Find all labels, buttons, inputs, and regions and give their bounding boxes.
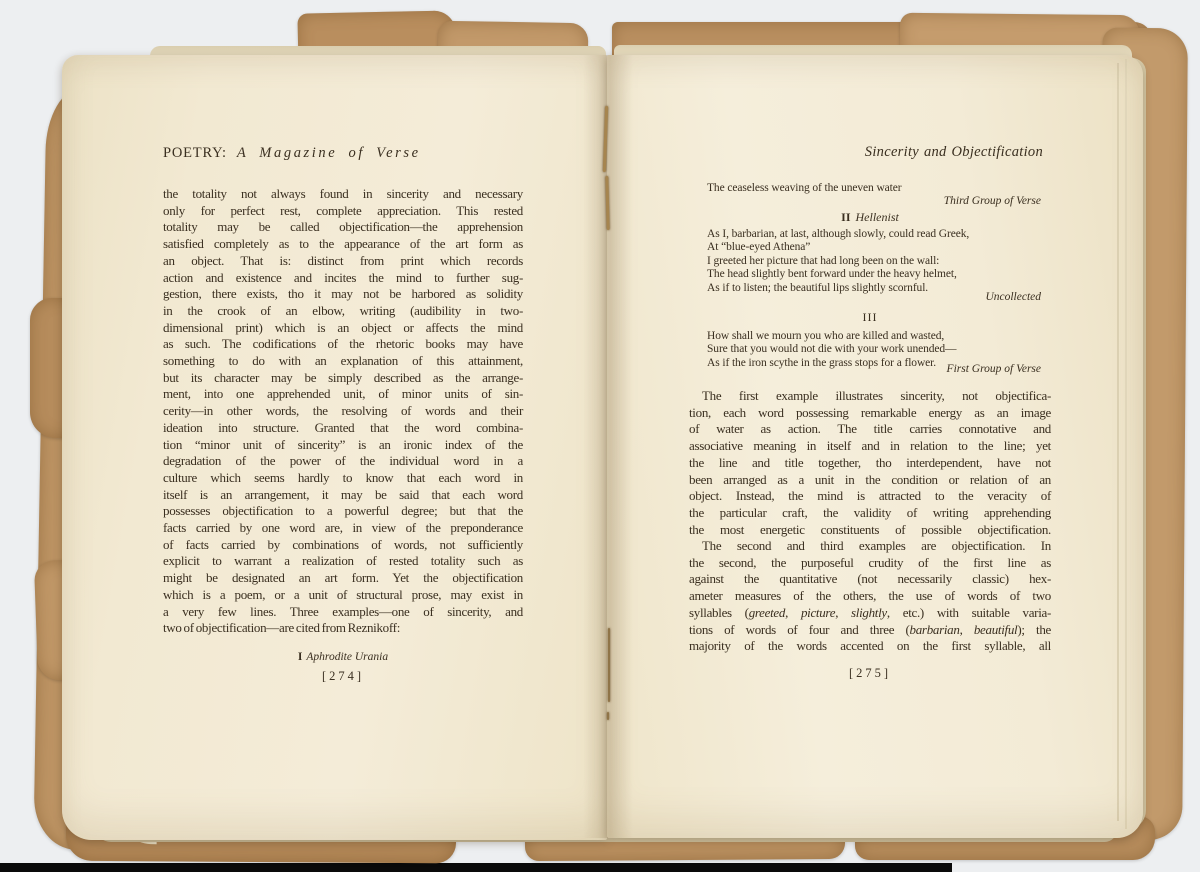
text-line: totality may be called objectification—t… [163,219,523,236]
italic-text-segment: picture [801,605,835,620]
poem-three-numeral: III [863,310,878,324]
text-line: gestion, there exists, tho it may not be… [163,286,523,303]
text-segment: , [785,605,801,620]
text-segment: , [960,622,974,637]
poem-one-numeral: I [298,651,302,663]
text-line: The first example illustrates sincerity,… [689,388,1051,405]
text-line: of water as action. The title carries co… [689,421,1051,438]
left-body-text: the totality not always found in sinceri… [163,186,523,637]
poem-one-caption: IAphrodite Urania [163,651,523,663]
text-line: something to do with an explanation of t… [163,353,523,370]
text-line: two of objectification—are cited from Re… [163,620,523,637]
poem-three-attribution: First Group of Verse [689,363,1041,375]
text-line: tions of words of four and three (barbar… [689,622,1051,639]
poem-two-title: Hellenist [856,210,899,224]
text-line: associative meaning in itself and in rel… [689,438,1051,455]
text-line: ameter measures of the others, the use o… [689,588,1051,605]
page-edge-line-2 [1117,63,1119,821]
poem-one-title: Aphrodite Urania [306,651,388,663]
text-line: majority of the words accented on the fi… [689,638,1051,655]
text-line: Sure that you would not die with your wo… [707,343,1047,356]
scan-edge-bar [0,863,952,872]
text-line: ideation into structure. Granted that th… [163,420,523,437]
text-line: the totality not always found in sinceri… [163,186,523,203]
text-line: syllables (greeted, picture, slightly, e… [689,605,1051,622]
text-line: facts carried by one word are, in view o… [163,520,523,537]
text-line: The second and third examples are object… [689,538,1051,555]
text-line: against the quantitative (not necessaril… [689,571,1051,588]
text-line: of facts carried by combinations of word… [163,537,523,554]
folio-right: [275] [689,666,1051,681]
text-segment: , etc.) with suitable varia- [887,605,1051,620]
text-segment: , [835,605,851,620]
text-line: the particular craft, the validity of wr… [689,505,1051,522]
commentary-paragraph-1: The first example illustrates sincerity,… [689,388,1051,538]
text-line: been arranged as a unit in the condition… [689,472,1051,489]
running-head-right: Sincerity and Objectification [685,144,1043,161]
poem-two-attribution: Uncollected [689,291,1041,303]
text-line: the line and title together, tho interde… [689,455,1051,472]
text-line: culture which seems hardly to know that … [163,470,523,487]
text-line: I greeted her picture that had long been… [707,255,1047,268]
text-line: How shall we mourn you who are killed an… [707,330,1047,343]
binding-thread-lower [608,628,610,702]
text-line: but its character may be simply describe… [163,370,523,387]
text-segment: tions of words of four and three ( [689,622,910,637]
text-line: explicit to warrant a realization of res… [163,553,523,570]
running-head-left: POETRY:A Magazine of Verse [163,145,543,162]
text-line: satisfied completely as to the appearanc… [163,236,523,253]
open-book-scan: POETRY:A Magazine of Verse the totality … [0,0,1200,872]
text-line: At “blue-eyed Athena” [707,241,1047,254]
italic-text-segment: slightly [851,605,887,620]
text-line: possesses objectification to a powerful … [163,503,523,520]
italic-text-segment: greeted [749,605,785,620]
poem-two-numeral: II [841,210,850,224]
scan-background: { "colors": { "background": "#edeff1", "… [0,0,1200,872]
text-line: tion, each word possessing remarkable en… [689,405,1051,422]
text-line: as such. The codifications of the rhetor… [163,336,523,353]
poem-two-text: As I, barbarian, at last, although slowl… [707,228,1047,295]
folio-left: [274] [163,669,523,684]
poem-one-last-line: The ceaseless weaving of the uneven wate… [707,182,1047,195]
text-line: The ceaseless weaving of the uneven wate… [707,182,1047,195]
text-line: dimensional print) which is an object or… [163,320,523,337]
text-segment: syllables ( [689,605,749,620]
text-line: an object. That is: distinct from print … [163,253,523,270]
left-page: POETRY:A Magazine of Verse the totality … [62,55,607,840]
text-line: ment, into one apprehended unit, of mino… [163,386,523,403]
text-line: the second, the purposeful crudity of th… [689,555,1051,572]
magazine-name: POETRY: [163,145,227,161]
text-line: The head slightly bent forward under the… [707,268,1047,281]
poem-two-heading: IIHellenist [689,210,1051,225]
commentary-paragraph-2: The second and third examples are object… [689,538,1051,655]
text-line: object. Instead, the mind is attracted t… [689,488,1051,505]
magazine-tagline: A Magazine of Verse [237,145,421,161]
text-line: As I, barbarian, at last, although slowl… [707,228,1047,241]
poem-three-heading: III [689,310,1051,325]
text-line: action and existence and incites the min… [163,270,523,287]
italic-text-segment: beautiful [974,622,1018,637]
right-page: Sincerity and Objectification The ceasel… [607,55,1143,838]
text-line: tion “minor unit of sincerity” is an iro… [163,437,523,454]
text-line: the most energetic constituents of possi… [689,522,1051,539]
text-line: only for perfect rest, complete apprecia… [163,203,523,220]
binding-thread-lower-2 [607,712,609,720]
text-segment: ); the [1017,622,1051,637]
text-line: cerity—in other words, the resolving of … [163,403,523,420]
text-line: which is a poem, or a unit of structural… [163,587,523,604]
text-line: might be designated an art form. Yet the… [163,570,523,587]
page-edge-line [1125,59,1127,829]
text-line: a very few lines. Three examples—one of … [163,604,523,621]
text-line: itself is an arrangement, it may be said… [163,487,523,504]
text-line: degradation of the power of the individu… [163,453,523,470]
poem-one-attribution: Third Group of Verse [689,195,1041,207]
italic-text-segment: barbarian [910,622,960,637]
text-line: in the crook of an elbow, writing (audib… [163,303,523,320]
